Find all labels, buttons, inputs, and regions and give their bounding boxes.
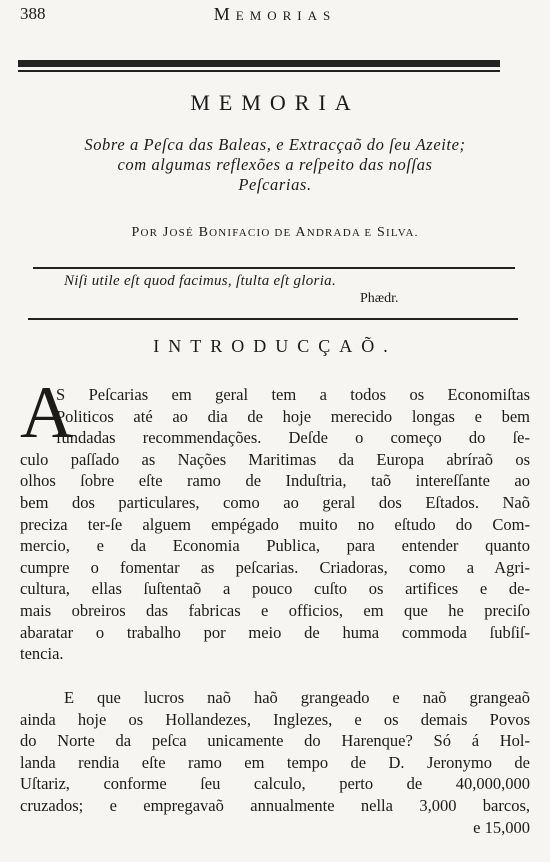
text-line: cruzados; e empregavaõ annualmente nella… — [20, 795, 530, 817]
paragraph-2: E que lucros naõ haõ grangeado e naõ gra… — [20, 687, 530, 838]
epigraph-text: Niſi utile eſt quod facimus, ſtulta eſt … — [64, 273, 414, 290]
author-byline: POR JOSÉ BONIFACIO DE ANDRADA E SILVA. — [0, 225, 550, 241]
text-line: tencia. — [20, 643, 530, 665]
text-line: S Peſcarias em geral tem a todos os Econ… — [20, 384, 530, 406]
text-line: Politicos até ao dia de hoje merecido lo… — [20, 406, 530, 428]
section-title: INTRODUCÇAÕ. — [0, 336, 550, 357]
subtitle-line: Peſcarias. — [0, 175, 550, 195]
memoir-subtitle: Sobre a Peſca das Baleas, e Extracçaõ do… — [0, 135, 550, 195]
text-line: preciza ter-ſe alguem empégado muito no … — [20, 514, 530, 536]
text-line: ainda hoje os Hollandezes, Inglezes, e o… — [20, 709, 530, 731]
catchword: e 15,000 — [20, 817, 530, 839]
text-line: culo paſſado as Nações Maritimas da Euro… — [20, 449, 530, 471]
subtitle-line: Sobre a Peſca das Baleas, e Extracçaõ do… — [0, 135, 550, 155]
paragraph-1: S Peſcarias em geral tem a todos os Econ… — [20, 384, 530, 665]
text-line: cumpre o fomentar as peſcarias. Criadora… — [20, 557, 530, 579]
running-title: MEMORIAS — [0, 4, 550, 25]
header-rule-thin — [18, 70, 500, 72]
document-page: 388 MEMORIAS MEMORIA Sobre a Peſca das B… — [0, 0, 550, 862]
text-line: do Norte da peſca unicamente do Harenque… — [20, 730, 530, 752]
memoir-title: MEMORIA — [0, 90, 550, 116]
running-head: 388 MEMORIAS — [0, 4, 550, 30]
text-line: bem dos particulares, como ao geral dos … — [20, 492, 530, 514]
text-line: cultura, ellas ſuſtentaõ a pouco cuſto o… — [20, 578, 530, 600]
text-line: abaratar o trabalho por meio de huma com… — [20, 622, 530, 644]
text-line: mais obreiros das fabricas e officios, e… — [20, 600, 530, 622]
epigraph-attribution: Phædr. — [360, 291, 399, 307]
text-line: E que lucros naõ haõ grangeado e naõ gra… — [20, 687, 530, 709]
subtitle-line: com algumas reflexões a reſpeito das noſ… — [0, 155, 550, 175]
text-line: olhos ſobre eſte ramo de Induſtria, taõ … — [20, 470, 530, 492]
text-line: mercio, e da Economia Publica, para ente… — [20, 535, 530, 557]
epigraph-rule-bottom — [28, 318, 518, 320]
text-line: Uſtariz, conforme ſeu calculo, perto de … — [20, 773, 530, 795]
header-rule-thick — [18, 60, 500, 67]
epigraph-rule-top — [33, 267, 515, 269]
text-line: fundadas recommendações. Deſde o começo … — [20, 427, 530, 449]
text-line: landa rendia eſte ramo em tempo de D. Je… — [20, 752, 530, 774]
